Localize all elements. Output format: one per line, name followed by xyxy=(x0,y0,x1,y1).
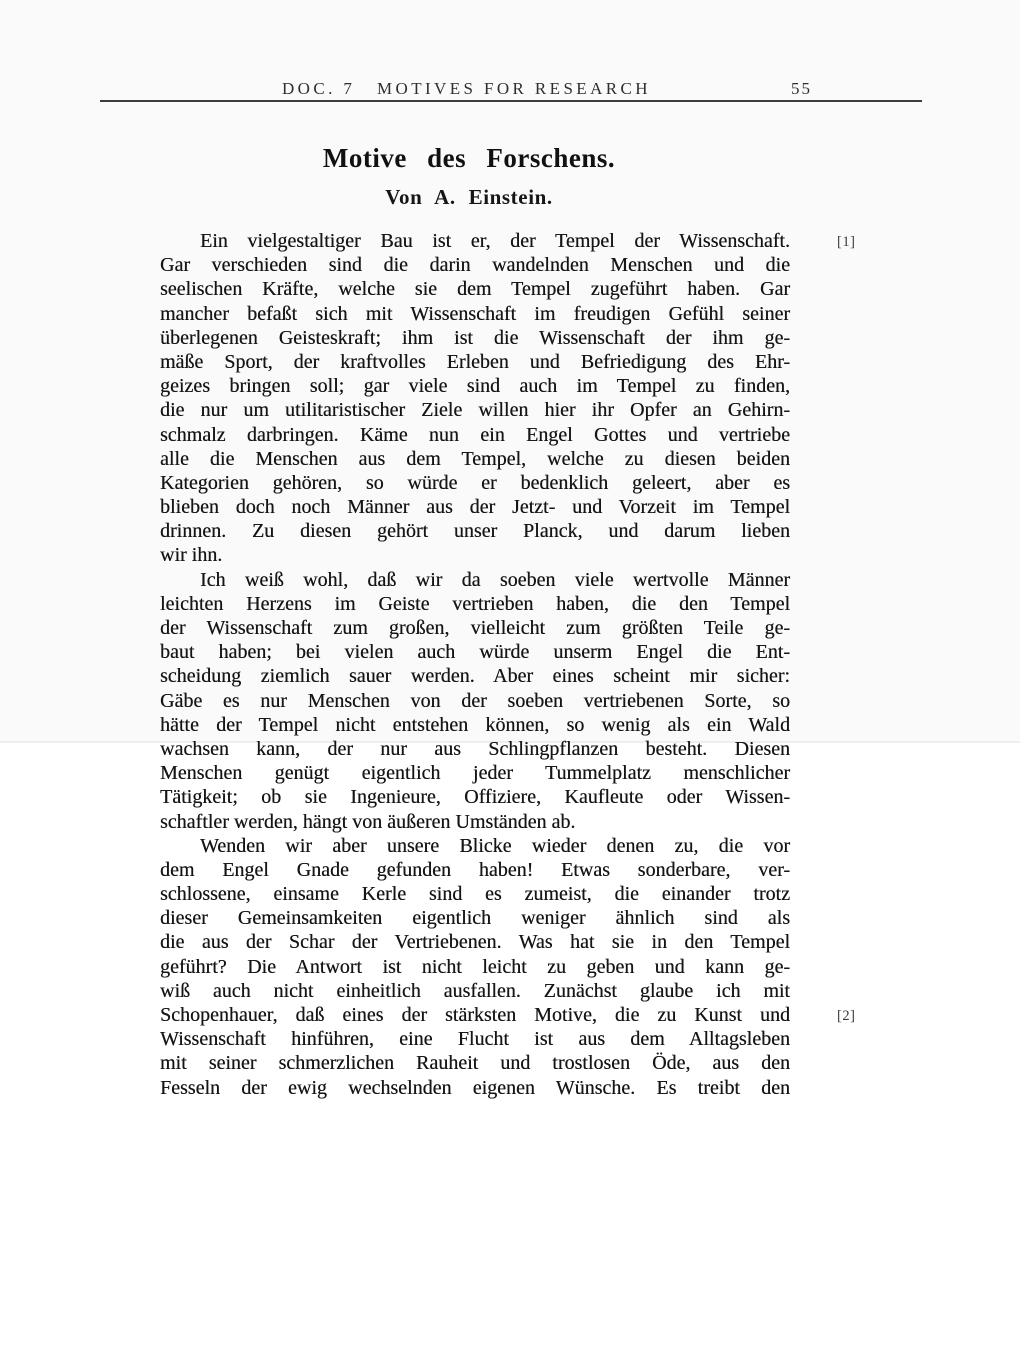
text-line: überlegenen Geisteskraft; ihm ist die Wi… xyxy=(160,326,790,350)
text-line: Wissenschaft hinführen, eine Flucht ist … xyxy=(160,1027,790,1051)
text-line: geführt? Die Antwort ist nicht leicht zu… xyxy=(160,955,790,979)
text-line: Ein vielgestaltiger Bau ist er, der Temp… xyxy=(160,229,790,253)
text-line: hätte der Tempel nicht entstehen können,… xyxy=(160,713,790,737)
text-line: seelischen Kräfte, welche sie dem Tempel… xyxy=(160,277,790,301)
margin-note-1: [1] xyxy=(837,234,855,251)
text-line: drinnen. Zu diesen gehört unser Planck, … xyxy=(160,519,790,543)
text-line: Ich weiß wohl, daß wir da soeben viele w… xyxy=(160,568,790,592)
body-text: Ein vielgestaltiger Bau ist er, der Temp… xyxy=(160,229,790,1100)
text-line: mäße Sport, der kraftvolles Erleben und … xyxy=(160,350,790,374)
text-line: die aus der Schar der Vertriebenen. Was … xyxy=(160,930,790,954)
text-line: blieben doch noch Männer aus der Jetzt- … xyxy=(160,495,790,519)
text-line: leichten Herzens im Geiste vertrieben ha… xyxy=(160,592,790,616)
header-rule xyxy=(100,100,922,102)
text-line: mit seiner schmerzlichen Rauheit und tro… xyxy=(160,1051,790,1075)
text-line: wachsen kann, der nur aus Schlingpflanze… xyxy=(160,737,790,761)
text-line: die nur um utilitaristischer Ziele wille… xyxy=(160,398,790,422)
text-line: alle die Menschen aus dem Tempel, welche… xyxy=(160,447,790,471)
text-line: dem Engel Gnade gefunden haben! Etwas so… xyxy=(160,858,790,882)
running-title: MOTIVES FOR RESEARCH xyxy=(377,79,651,99)
text-line: wir ihn. xyxy=(160,543,790,567)
margin-note-2: [2] xyxy=(837,1008,855,1025)
text-line: scheidung ziemlich sauer werden. Aber ei… xyxy=(160,664,790,688)
text-line: baut haben; bei vielen auch würde unserm… xyxy=(160,640,790,664)
text-line: dieser Gemeinsamkeiten eigentlich wenige… xyxy=(160,906,790,930)
text-line: Fesseln der ewig wechselnden eigenen Wün… xyxy=(160,1076,790,1100)
text-line: der Wissenschaft zum großen, vielleicht … xyxy=(160,616,790,640)
scanned-book-page: DOC. 7 MOTIVES FOR RESEARCH 55 Motive de… xyxy=(0,0,1020,1361)
text-line: geizes bringen soll; gar viele sind auch… xyxy=(160,374,790,398)
text-line: mancher befaßt sich mit Wissenschaft im … xyxy=(160,302,790,326)
doc-number-label: DOC. 7 xyxy=(282,79,355,99)
document-title: Motive des Forschens. xyxy=(0,143,938,174)
text-line: Gar verschieden sind die darin wandelnde… xyxy=(160,253,790,277)
text-line: Gäbe es nur Menschen von der soeben vert… xyxy=(160,689,790,713)
text-line: schlossene, einsame Kerle sind es zumeis… xyxy=(160,882,790,906)
text-line: Schopenhauer, daß eines der stärksten Mo… xyxy=(160,1003,790,1027)
text-line: Kategorien gehören, so würde er bedenkli… xyxy=(160,471,790,495)
text-line: wiß auch nicht einheitlich ausfallen. Zu… xyxy=(160,979,790,1003)
text-line: schmalz darbringen. Käme nun ein Engel G… xyxy=(160,423,790,447)
text-line: Tätigkeit; ob sie Ingenieure, Offiziere,… xyxy=(160,785,790,809)
text-line: Menschen genügt eigentlich jeder Tummelp… xyxy=(160,761,790,785)
text-line: schaftler werden, hängt von äußeren Umst… xyxy=(160,810,790,834)
page-number: 55 xyxy=(791,79,812,99)
text-line: Wenden wir aber unsere Blicke wieder den… xyxy=(160,834,790,858)
byline: Von A. Einstein. xyxy=(0,185,938,210)
